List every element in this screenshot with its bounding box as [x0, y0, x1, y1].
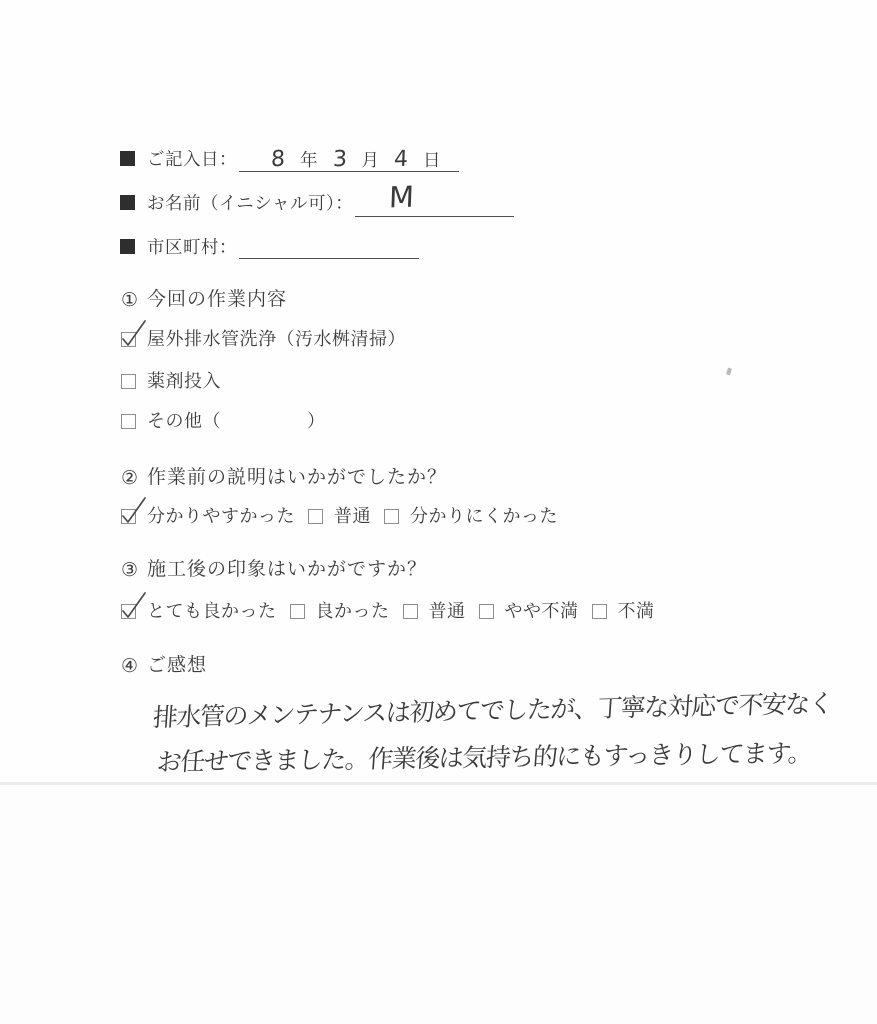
field-date-label: ご記入日：	[147, 149, 237, 169]
checkbox-checked	[121, 332, 136, 347]
handwritten-comment-line-1: 排水管のメンテナンスは初めてでしたが、丁寧な対応で不安なく	[152, 684, 834, 734]
checkbox-unchecked	[308, 509, 323, 524]
scanned-survey-form: ご記入日： 8 年 3 月 4 日 お名前（イニシャル可）： M 市区町村： ①…	[0, 0, 877, 1024]
question-3-title: ③ 施工後の印象はいかがですか？	[121, 559, 427, 582]
field-name-label: お名前（イニシャル可）：	[147, 193, 353, 213]
question-2-title: ② 作業前の説明はいかがでしたか？	[121, 467, 447, 490]
month-unit-label: 月	[362, 150, 380, 170]
checkbox-checked	[121, 509, 136, 524]
handwritten-month: 3	[332, 150, 347, 171]
checkbox-unchecked	[121, 374, 136, 389]
scan-background-area	[0, 785, 877, 1024]
field-city-label: 市区町村：	[147, 237, 237, 257]
q2-option-normal: 普通	[308, 507, 371, 526]
checkbox-unchecked	[290, 604, 305, 619]
question-3-number: ③	[121, 559, 138, 582]
bullet-square-icon	[120, 195, 135, 210]
question-2-number: ②	[121, 467, 138, 490]
scan-artifact-mark	[726, 368, 732, 376]
q3-option-somewhat-dissatisfied: やや不満	[479, 602, 579, 621]
year-unit-label: 年	[300, 150, 318, 170]
q3-option-good: 良かった	[290, 602, 390, 621]
q1-option-outdoor-drain-cleaning: 屋外排水管洗浄（汚水桝清掃）	[121, 330, 406, 349]
q3-option-normal: 普通	[403, 602, 466, 621]
field-city-value-line	[239, 237, 419, 259]
field-date: ご記入日： 8 年 3 月 4 日	[120, 149, 459, 172]
question-1-title: ① 今回の作業内容	[121, 289, 287, 312]
handwritten-day: 4	[394, 150, 409, 171]
q1-option-chemical-dosing: 薬剤投入	[121, 372, 221, 391]
handwritten-year: 8	[271, 150, 286, 171]
checkbox-unchecked	[384, 509, 399, 524]
check-icon	[118, 318, 150, 350]
question-4-number: ④	[121, 655, 138, 678]
field-name: お名前（イニシャル可）： M	[120, 193, 514, 217]
check-icon	[118, 495, 150, 527]
checkbox-unchecked	[479, 604, 494, 619]
q3-option-dissatisfied: 不満	[592, 602, 655, 621]
bullet-square-icon	[120, 151, 135, 166]
field-date-value-line: 8 年 3 月 4 日	[239, 150, 459, 172]
q1-option-other: その他（）	[121, 412, 326, 431]
q2-option-hard-to-understand: 分かりにくかった	[384, 507, 558, 526]
handwritten-comment-line-2: お任せできました。作業後は気持ち的にもすっきりしてます。	[156, 733, 813, 778]
field-city: 市区町村：	[120, 237, 419, 259]
q3-option-very-good: とても良かった	[121, 602, 277, 621]
q2-option-easy-to-understand: 分かりやすかった	[121, 507, 295, 526]
field-name-value-line: M	[355, 193, 514, 217]
checkbox-checked	[121, 604, 136, 619]
handwritten-initial: M	[389, 186, 415, 209]
checkbox-unchecked	[592, 604, 607, 619]
question-1-number: ①	[121, 289, 138, 312]
question-2-options: 分かりやすかった 普通 分かりにくかった	[121, 507, 558, 526]
question-3-options: とても良かった 良かった 普通 やや不満 不満	[121, 602, 655, 621]
checkbox-unchecked	[403, 604, 418, 619]
bullet-square-icon	[120, 239, 135, 254]
checkbox-unchecked	[121, 414, 136, 429]
day-unit-label: 日	[423, 150, 441, 170]
check-icon	[118, 590, 150, 622]
question-4-title: ④ ご感想	[121, 655, 207, 678]
